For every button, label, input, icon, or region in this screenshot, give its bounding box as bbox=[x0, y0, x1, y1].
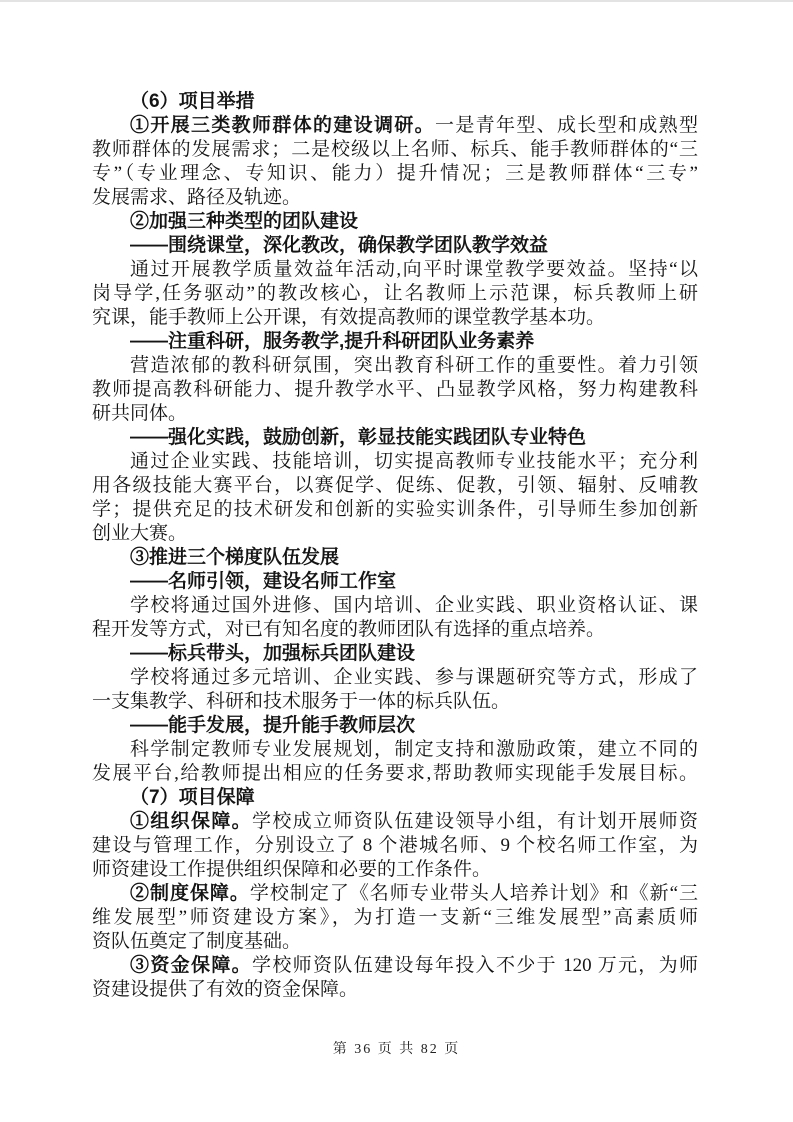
lead-in-text: ③资金保障。 bbox=[130, 955, 252, 976]
text-line: 学；提供充足的技术研发和创新的实验实训条件，引导师生参加创新 bbox=[92, 498, 698, 522]
page-number: 第 36 页 共 82 页 bbox=[0, 1038, 793, 1058]
heading-line: ——强化实践，鼓励创新，彰显技能实践团队专业特色 bbox=[92, 426, 698, 450]
heading-line: ②加强三种类型的团队建设 bbox=[92, 210, 698, 234]
document-body: （6）项目举措 ①开展三类教师群体的建设调研。一是青年型、成长型和成熟型 教师群… bbox=[92, 90, 698, 1002]
text-line: 通过企业实践、技能培训，切实提高教师专业技能水平；充分利 bbox=[92, 450, 698, 474]
heading-text: ——标兵带头，加强标兵团队建设 bbox=[130, 643, 415, 664]
heading-line: ——能手发展，提升能手教师层次 bbox=[92, 714, 698, 738]
text-line: 教师提高教科研能力、提升教学水平、凸显教学风格，努力构建教科 bbox=[92, 378, 698, 402]
lead-in-text: ①组织保障。 bbox=[130, 811, 252, 832]
text-line: 用各级技能大赛平台，以赛促学、促练、促教，引领、辐射、反哺教 bbox=[92, 474, 698, 498]
heading-text: ③推进三个梯度队伍发展 bbox=[130, 547, 339, 568]
text-line: 程开发等方式，对已有知名度的教师团队有选择的重点培养。 bbox=[92, 618, 698, 642]
heading-text: ——注重科研，服务教学,提升科研团队业务素养 bbox=[130, 331, 534, 352]
text-line: 发展平台,给教师提出相应的任务要求,帮助教师实现能手发展目标。 bbox=[92, 762, 698, 786]
text-line: 专”（专业理念、专知识、能力）提升情况；三是教师群体“三专” bbox=[92, 162, 698, 186]
text-line: 学校将通过多元培训、企业实践、参与课题研究等方式，形成了 bbox=[92, 666, 698, 690]
text-line: 资建设提供了有效的资金保障。 bbox=[92, 978, 698, 1002]
text-line: 教师群体的发展需求；二是校级以上名师、标兵、能手教师群体的“三 bbox=[92, 138, 698, 162]
page-top-edge bbox=[0, 0, 793, 2]
document-page: （6）项目举措 ①开展三类教师群体的建设调研。一是青年型、成长型和成熟型 教师群… bbox=[0, 0, 793, 1122]
text-line: 建设与管理工作，分别设立了 8 个港城名师、9 个校名师工作室，为 bbox=[92, 834, 698, 858]
text-line: 资队伍奠定了制度基础。 bbox=[92, 930, 698, 954]
text-line: 岗导学,任务驱动”的教改核心，让名教师上示范课，标兵教师上研 bbox=[92, 282, 698, 306]
heading-text: ——名师引领，建设名师工作室 bbox=[130, 571, 396, 592]
text-line: ③资金保障。学校师资队伍建设每年投入不少于 120 万元，为师 bbox=[92, 954, 698, 978]
text-line: 研共同体。 bbox=[92, 402, 698, 426]
heading-line: ——注重科研，服务教学,提升科研团队业务素养 bbox=[92, 330, 698, 354]
lead-in-text: ②制度保障。 bbox=[130, 883, 250, 904]
text-line: ①组织保障。学校成立师资队伍建设领导小组，有计划开展师资 bbox=[92, 810, 698, 834]
text-line: 究课，能手教师上公开课，有效提高教师的课堂教学基本功。 bbox=[92, 306, 698, 330]
heading-text: ——能手发展，提升能手教师层次 bbox=[130, 715, 415, 736]
text-line: 维发展型”师资建设方案》，为打造一支新“三维发展型”高素质师 bbox=[92, 906, 698, 930]
heading-text: ——围绕课堂，深化教改，确保教学团队教学效益 bbox=[130, 235, 548, 256]
text-line: 学校将通过国外进修、国内培训、企业实践、职业资格认证、课 bbox=[92, 594, 698, 618]
heading-text: ②加强三种类型的团队建设 bbox=[130, 211, 358, 232]
heading-line: （7）项目保障 bbox=[92, 786, 698, 810]
heading-line: （6）项目举措 bbox=[92, 90, 698, 114]
heading-line: ——标兵带头，加强标兵团队建设 bbox=[92, 642, 698, 666]
text-line: ①开展三类教师群体的建设调研。一是青年型、成长型和成熟型 bbox=[92, 114, 698, 138]
lead-in-text: ①开展三类教师群体的建设调研。 bbox=[130, 115, 435, 136]
heading-line: ——围绕课堂，深化教改，确保教学团队教学效益 bbox=[92, 234, 698, 258]
heading-text: ——强化实践，鼓励创新，彰显技能实践团队专业特色 bbox=[130, 427, 586, 448]
heading-line: ③推进三个梯度队伍发展 bbox=[92, 546, 698, 570]
text-line: 发展需求、路径及轨迹。 bbox=[92, 186, 698, 210]
text-line: 科学制定教师专业发展规划，制定支持和激励政策，建立不同的 bbox=[92, 738, 698, 762]
text-line: ②制度保障。学校制定了《名师专业带头人培养计划》和《新“三 bbox=[92, 882, 698, 906]
text-line: 一支集教学、科研和技术服务于一体的标兵队伍。 bbox=[92, 690, 698, 714]
text-line: 通过开展教学质量效益年活动,向平时课堂教学要效益。坚持“以 bbox=[92, 258, 698, 282]
heading-text: （7）项目保障 bbox=[130, 787, 255, 808]
heading-line: ——名师引领，建设名师工作室 bbox=[92, 570, 698, 594]
text-line: 营造浓郁的教科研氛围，突出教育科研工作的重要性。着力引领 bbox=[92, 354, 698, 378]
text-line: 创业大赛。 bbox=[92, 522, 698, 546]
text-line: 师资建设工作提供组织保障和必要的工作条件。 bbox=[92, 858, 698, 882]
heading-text: （6）项目举措 bbox=[130, 91, 255, 112]
